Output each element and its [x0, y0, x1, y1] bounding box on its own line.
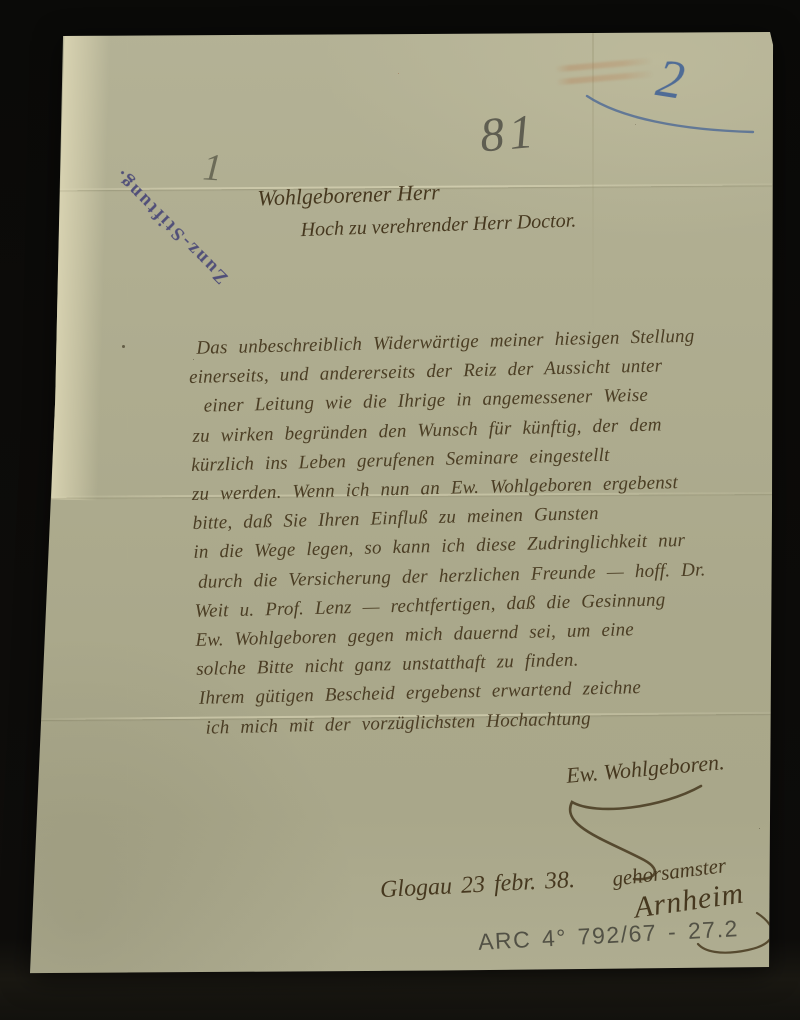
salutation-line-1: Wohlgeborener Herr — [257, 174, 575, 211]
dateline-glogau: Glogau 23 febr. 38. — [379, 867, 575, 904]
scanned-letter-page: Zunz-Stiftung. 1 81 2 Wohlgeborener Herr… — [0, 0, 800, 1020]
left-fold-highlight — [51, 29, 110, 500]
salutation-line-2: Hoch zu verehrender Herr Doctor. — [300, 209, 576, 242]
salutation: Wohlgeborener Herr Hoch zu verehrender H… — [257, 174, 577, 243]
archive-shelfmark: ARC 4° 792/67 - 27.2 — [477, 915, 739, 956]
blue-folio-number-2: 2 — [652, 46, 688, 111]
paper-specks — [122, 345, 125, 348]
faint-red-stamp-remnant — [555, 58, 656, 100]
paper-shadow-wrap: Zunz-Stiftung. 1 81 2 Wohlgeborener Herr… — [0, 0, 800, 1020]
closing-formula: Ew. Wohlgeboren. — [565, 749, 725, 789]
pencil-number-1: 1 — [201, 145, 223, 190]
pencil-page-number-81: 81 — [478, 104, 541, 164]
letter-body: Das unbeschreiblich Widerwärtige meiner … — [188, 320, 780, 743]
letter-paper: Zunz-Stiftung. 1 81 2 Wohlgeborener Herr… — [0, 0, 800, 1020]
stamp-remnant-line — [556, 71, 654, 86]
stamp-remnant-line — [555, 58, 653, 73]
